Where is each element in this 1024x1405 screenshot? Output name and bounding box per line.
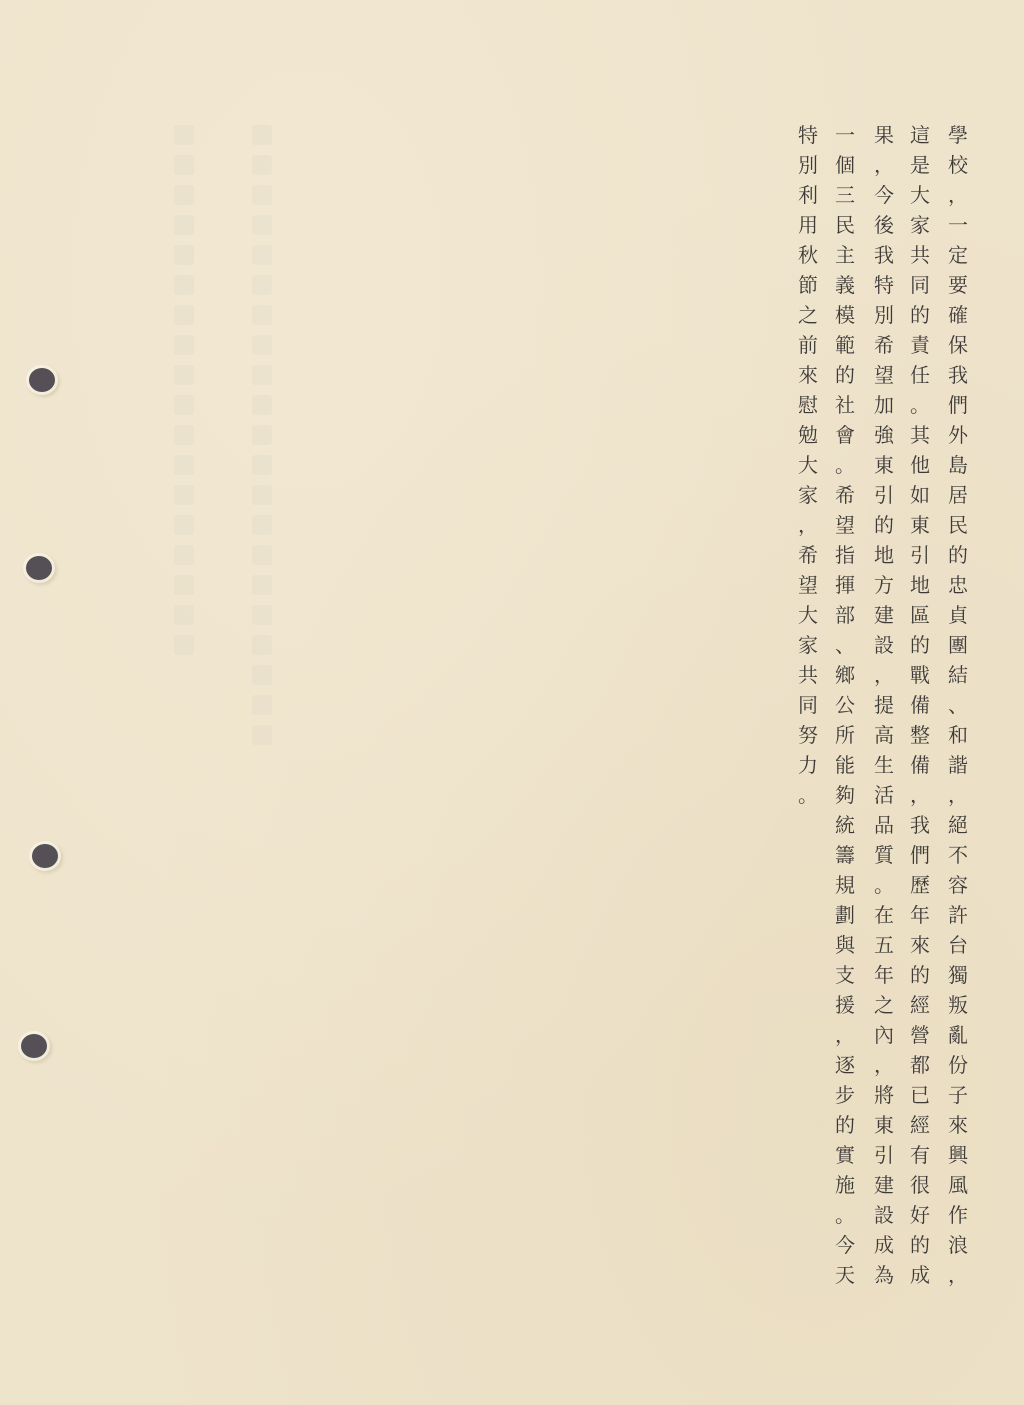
glyph: 高 <box>869 720 899 750</box>
glyph: 範 <box>830 330 860 360</box>
glyph: 大 <box>793 450 823 480</box>
glyph: 歷 <box>905 870 935 900</box>
glyph: 望 <box>793 570 823 600</box>
glyph: 希 <box>830 480 860 510</box>
glyph: 家 <box>793 630 823 660</box>
glyph: 家 <box>793 480 823 510</box>
bleed-through-texture <box>250 120 274 750</box>
glyph: 其 <box>905 420 935 450</box>
glyph: 如 <box>905 480 935 510</box>
text-column-3: 果，今後我特別希望加強東引的地方建設，提高生活品質。在五年之內，將東引建設成為 <box>869 120 899 1290</box>
glyph: 要 <box>943 270 973 300</box>
glyph: 節 <box>793 270 823 300</box>
glyph: 備 <box>905 750 935 780</box>
glyph: 。 <box>793 780 823 810</box>
glyph: 已 <box>905 1080 935 1110</box>
glyph: 望 <box>869 360 899 390</box>
glyph: 是 <box>905 150 935 180</box>
glyph: 不 <box>943 840 973 870</box>
glyph: 好 <box>905 1200 935 1230</box>
glyph: 、 <box>830 630 860 660</box>
glyph: 的 <box>905 630 935 660</box>
glyph: 獨 <box>943 960 973 990</box>
glyph: 引 <box>869 480 899 510</box>
glyph: ， <box>830 1020 860 1050</box>
glyph: ， <box>869 660 899 690</box>
glyph: 生 <box>869 750 899 780</box>
glyph: 的 <box>830 1110 860 1140</box>
glyph: 台 <box>943 930 973 960</box>
glyph: ， <box>793 510 823 540</box>
glyph: 興 <box>943 1140 973 1170</box>
glyph: 個 <box>830 150 860 180</box>
glyph: 戰 <box>905 660 935 690</box>
glyph: 同 <box>905 270 935 300</box>
glyph: 後 <box>869 210 899 240</box>
glyph: 子 <box>943 1080 973 1110</box>
glyph: 島 <box>943 450 973 480</box>
glyph: 別 <box>869 300 899 330</box>
glyph: 民 <box>830 210 860 240</box>
glyph: 經 <box>905 1110 935 1140</box>
glyph: 份 <box>943 1050 973 1080</box>
glyph: 之 <box>793 300 823 330</box>
glyph: 設 <box>869 1200 899 1230</box>
glyph: 將 <box>869 1080 899 1110</box>
text-column-4: 一個三民主義模範的社會。希望指揮部、鄉公所能夠統籌規劃與支援，逐步的實施。今天 <box>830 120 860 1290</box>
glyph: 和 <box>943 720 973 750</box>
glyph: 設 <box>869 630 899 660</box>
punch-hole <box>32 844 58 868</box>
glyph: 叛 <box>943 990 973 1020</box>
text-column-5: 特別利用秋節之前來慰勉大家，希望大家共同努力。 <box>793 120 823 810</box>
glyph: 浪 <box>943 1230 973 1260</box>
glyph: 來 <box>943 1110 973 1140</box>
glyph: 。 <box>830 1200 860 1230</box>
glyph: 支 <box>830 960 860 990</box>
glyph: 的 <box>905 960 935 990</box>
glyph: 。 <box>869 870 899 900</box>
glyph: 諧 <box>943 750 973 780</box>
glyph: 別 <box>793 150 823 180</box>
glyph: 確 <box>943 300 973 330</box>
glyph: 這 <box>905 120 935 150</box>
glyph: 的 <box>943 540 973 570</box>
glyph: 很 <box>905 1170 935 1200</box>
glyph: ， <box>943 780 973 810</box>
glyph: 的 <box>905 1230 935 1260</box>
glyph: 共 <box>905 240 935 270</box>
glyph: 望 <box>830 510 860 540</box>
glyph: 希 <box>793 540 823 570</box>
glyph: 。 <box>905 390 935 420</box>
glyph: 風 <box>943 1170 973 1200</box>
glyph: 結 <box>943 660 973 690</box>
glyph: 備 <box>905 690 935 720</box>
glyph: 大 <box>905 180 935 210</box>
glyph: 外 <box>943 420 973 450</box>
glyph: 東 <box>869 1110 899 1140</box>
glyph: 五 <box>869 930 899 960</box>
glyph: 區 <box>905 600 935 630</box>
glyph: 民 <box>943 510 973 540</box>
glyph: 今 <box>869 180 899 210</box>
glyph: 希 <box>869 330 899 360</box>
glyph: 容 <box>943 870 973 900</box>
text-column-2: 這是大家共同的責任。其他如東引地區的戰備整備，我們歷年來的經營都已經有很好的成 <box>905 120 935 1290</box>
glyph: 質 <box>869 840 899 870</box>
document-page: 學校，一定要確保我們外島居民的忠貞團結、和諧，絕不容許台獨叛亂份子來興風作浪， … <box>0 0 1024 1405</box>
glyph: ， <box>869 150 899 180</box>
glyph: 指 <box>830 540 860 570</box>
glyph: 之 <box>869 990 899 1020</box>
bleed-through-texture <box>172 120 196 660</box>
glyph: 的 <box>905 300 935 330</box>
glyph: 他 <box>905 450 935 480</box>
glyph: 我 <box>905 810 935 840</box>
glyph: 來 <box>793 360 823 390</box>
glyph: 所 <box>830 720 860 750</box>
glyph: 步 <box>830 1080 860 1110</box>
glyph: 實 <box>830 1140 860 1170</box>
glyph: ， <box>943 180 973 210</box>
glyph: 。 <box>830 450 860 480</box>
glyph: 的 <box>869 510 899 540</box>
glyph: 責 <box>905 330 935 360</box>
glyph: 慰 <box>793 390 823 420</box>
glyph: 許 <box>943 900 973 930</box>
glyph: 一 <box>943 210 973 240</box>
glyph: ， <box>869 1050 899 1080</box>
glyph: 強 <box>869 420 899 450</box>
glyph: ， <box>943 1260 973 1290</box>
glyph: 校 <box>943 150 973 180</box>
glyph: 能 <box>830 750 860 780</box>
glyph: 任 <box>905 360 935 390</box>
glyph: 都 <box>905 1050 935 1080</box>
glyph: 保 <box>943 330 973 360</box>
glyph: 內 <box>869 1020 899 1050</box>
glyph: 居 <box>943 480 973 510</box>
glyph: 一 <box>830 120 860 150</box>
glyph: 、 <box>943 690 973 720</box>
glyph: 作 <box>943 1200 973 1230</box>
glyph: 地 <box>869 540 899 570</box>
glyph: 力 <box>793 750 823 780</box>
glyph: 夠 <box>830 780 860 810</box>
glyph: 家 <box>905 210 935 240</box>
glyph: 的 <box>830 360 860 390</box>
glyph: 同 <box>793 690 823 720</box>
glyph: 今 <box>830 1230 860 1260</box>
glyph: 統 <box>830 810 860 840</box>
glyph: 公 <box>830 690 860 720</box>
glyph: 絕 <box>943 810 973 840</box>
glyph: 東 <box>869 450 899 480</box>
glyph: 模 <box>830 300 860 330</box>
glyph: 有 <box>905 1140 935 1170</box>
glyph: 學 <box>943 120 973 150</box>
glyph: 天 <box>830 1260 860 1290</box>
glyph: 成 <box>869 1230 899 1260</box>
glyph: 利 <box>793 180 823 210</box>
glyph: 會 <box>830 420 860 450</box>
glyph: 勉 <box>793 420 823 450</box>
glyph: 經 <box>905 990 935 1020</box>
glyph: 亂 <box>943 1020 973 1050</box>
glyph: 社 <box>830 390 860 420</box>
glyph: 東 <box>905 510 935 540</box>
glyph: 引 <box>905 540 935 570</box>
glyph: 我 <box>869 240 899 270</box>
glyph: 為 <box>869 1260 899 1290</box>
glyph: 逐 <box>830 1050 860 1080</box>
glyph: 提 <box>869 690 899 720</box>
glyph: 與 <box>830 930 860 960</box>
glyph: 特 <box>793 120 823 150</box>
glyph: 年 <box>905 900 935 930</box>
glyph: 我 <box>943 360 973 390</box>
glyph: 籌 <box>830 840 860 870</box>
glyph: 忠 <box>943 570 973 600</box>
glyph: 用 <box>793 210 823 240</box>
punch-hole <box>29 368 55 392</box>
glyph: 劃 <box>830 900 860 930</box>
glyph: 建 <box>869 1170 899 1200</box>
glyph: 在 <box>869 900 899 930</box>
glyph: 共 <box>793 660 823 690</box>
glyph: 地 <box>905 570 935 600</box>
punch-hole <box>21 1034 47 1058</box>
glyph: 年 <box>869 960 899 990</box>
glyph: 前 <box>793 330 823 360</box>
glyph: 加 <box>869 390 899 420</box>
glyph: 部 <box>830 600 860 630</box>
glyph: 定 <box>943 240 973 270</box>
glyph: 成 <box>905 1260 935 1290</box>
glyph: 義 <box>830 270 860 300</box>
glyph: 來 <box>905 930 935 960</box>
glyph: 規 <box>830 870 860 900</box>
glyph: 努 <box>793 720 823 750</box>
glyph: 貞 <box>943 600 973 630</box>
glyph: 大 <box>793 600 823 630</box>
glyph: 揮 <box>830 570 860 600</box>
glyph: 整 <box>905 720 935 750</box>
glyph: 們 <box>943 390 973 420</box>
glyph: 施 <box>830 1170 860 1200</box>
glyph: 們 <box>905 840 935 870</box>
glyph: 建 <box>869 600 899 630</box>
glyph: ， <box>905 780 935 810</box>
glyph: 三 <box>830 180 860 210</box>
glyph: 秋 <box>793 240 823 270</box>
glyph: 引 <box>869 1140 899 1170</box>
punch-hole <box>26 556 52 580</box>
glyph: 鄉 <box>830 660 860 690</box>
glyph: 援 <box>830 990 860 1020</box>
glyph: 品 <box>869 810 899 840</box>
glyph: 團 <box>943 630 973 660</box>
glyph: 果 <box>869 120 899 150</box>
glyph: 方 <box>869 570 899 600</box>
glyph: 營 <box>905 1020 935 1050</box>
glyph: 主 <box>830 240 860 270</box>
text-column-1: 學校，一定要確保我們外島居民的忠貞團結、和諧，絕不容許台獨叛亂份子來興風作浪， <box>943 120 973 1290</box>
glyph: 特 <box>869 270 899 300</box>
glyph: 活 <box>869 780 899 810</box>
